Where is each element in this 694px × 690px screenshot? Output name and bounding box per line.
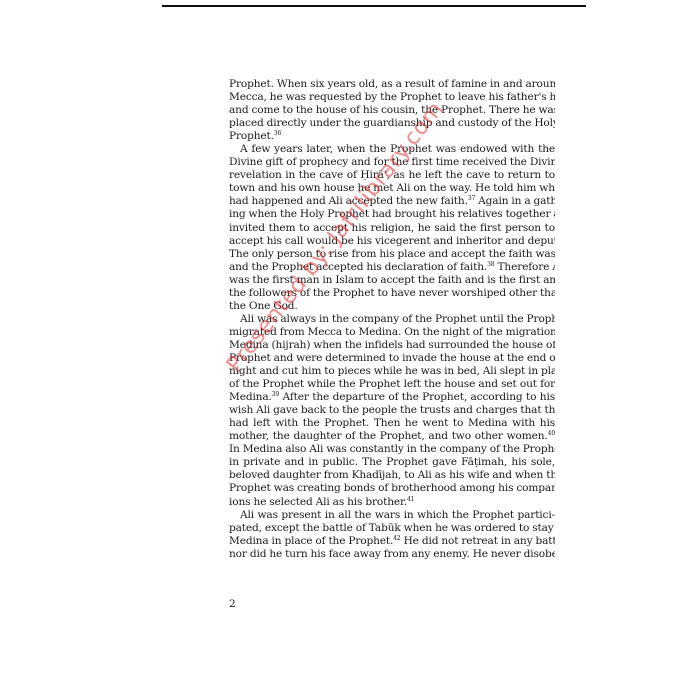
text-line: the followers of the Prophet to have nev…	[229, 287, 555, 300]
text-line: wish Ali gave back to the people the tru…	[229, 404, 555, 417]
text-line: of the Prophet while the Prophet left th…	[229, 378, 555, 391]
text-line: invited them to accept his religion, he …	[229, 222, 555, 235]
text-line: migrated from Mecca to Medina. On the ni…	[229, 326, 555, 339]
text-line: Prophet and were determined to invade th…	[229, 352, 555, 365]
text-line: and the Prophet accepted his declaration…	[229, 261, 555, 274]
text-line: Divine gift of prophecy and for the firs…	[229, 156, 555, 169]
text-line: Medina.39 After the departure of the Pro…	[229, 391, 555, 404]
text-line: Prophet. When six years old, as a result…	[229, 78, 555, 91]
text-line: A few years later, when the Prophet was …	[229, 143, 555, 156]
text-line: had happened and Ali accepted the new fa…	[229, 195, 555, 208]
text-line: beloved daughter from Khadījah, to Ali a…	[229, 469, 555, 482]
text-line: Prophet was creating bonds of brotherhoo…	[229, 482, 555, 495]
text-line: Ali was present in all the wars in which…	[229, 509, 555, 522]
text-line: Mecca, he was requested by the Prophet t…	[229, 91, 555, 104]
text-line: Ali was always in the company of the Pro…	[229, 313, 555, 326]
text-line: Prophet.36	[229, 130, 555, 143]
footnote-marker: 40	[548, 430, 555, 437]
footnote-marker: 41	[407, 496, 414, 503]
text-line: town and his own house he met Ali on the…	[229, 182, 555, 195]
text-line: ing when the Holy Prophet had brought hi…	[229, 208, 555, 221]
text-line: mother, the daughter of the Prophet, and…	[229, 430, 555, 443]
text-line: in private and in public. The Prophet ga…	[229, 456, 555, 469]
header-rule	[162, 5, 586, 7]
body-text: Prophet. When six years old, as a result…	[229, 78, 555, 561]
text-line: accept his call would be his vicegerent …	[229, 235, 555, 248]
text-line: revelation in the cave of Ḥirā', as he l…	[229, 169, 555, 182]
text-line: In Medina also Ali was constantly in the…	[229, 443, 555, 456]
text-line: had left with the Prophet. Then he went …	[229, 417, 555, 430]
text-line: night and cut him to pieces while he was…	[229, 365, 555, 378]
text-line: Medina (hijrah) when the infidels had su…	[229, 339, 555, 352]
text-line: The only person to rise from his place a…	[229, 248, 555, 261]
footnote-marker: 42	[393, 535, 400, 542]
page-number: 2	[229, 598, 236, 611]
text-line: the One God.	[229, 300, 555, 313]
text-line: was the first man in Islam to accept the…	[229, 274, 555, 287]
text-line: placed directly under the guardianship a…	[229, 117, 555, 130]
text-line: nor did he turn his face away from any e…	[229, 548, 555, 561]
text-line: pated, except the battle of Tabūk when h…	[229, 522, 555, 535]
text-line: and come to the house of his cousin, the…	[229, 104, 555, 117]
footnote-marker: 39	[272, 391, 279, 398]
text-line: ions he selected Ali as his brother.41	[229, 496, 555, 509]
footnote-marker: 36	[274, 130, 281, 137]
text-line: Medina in place of the Prophet.42 He did…	[229, 535, 555, 548]
